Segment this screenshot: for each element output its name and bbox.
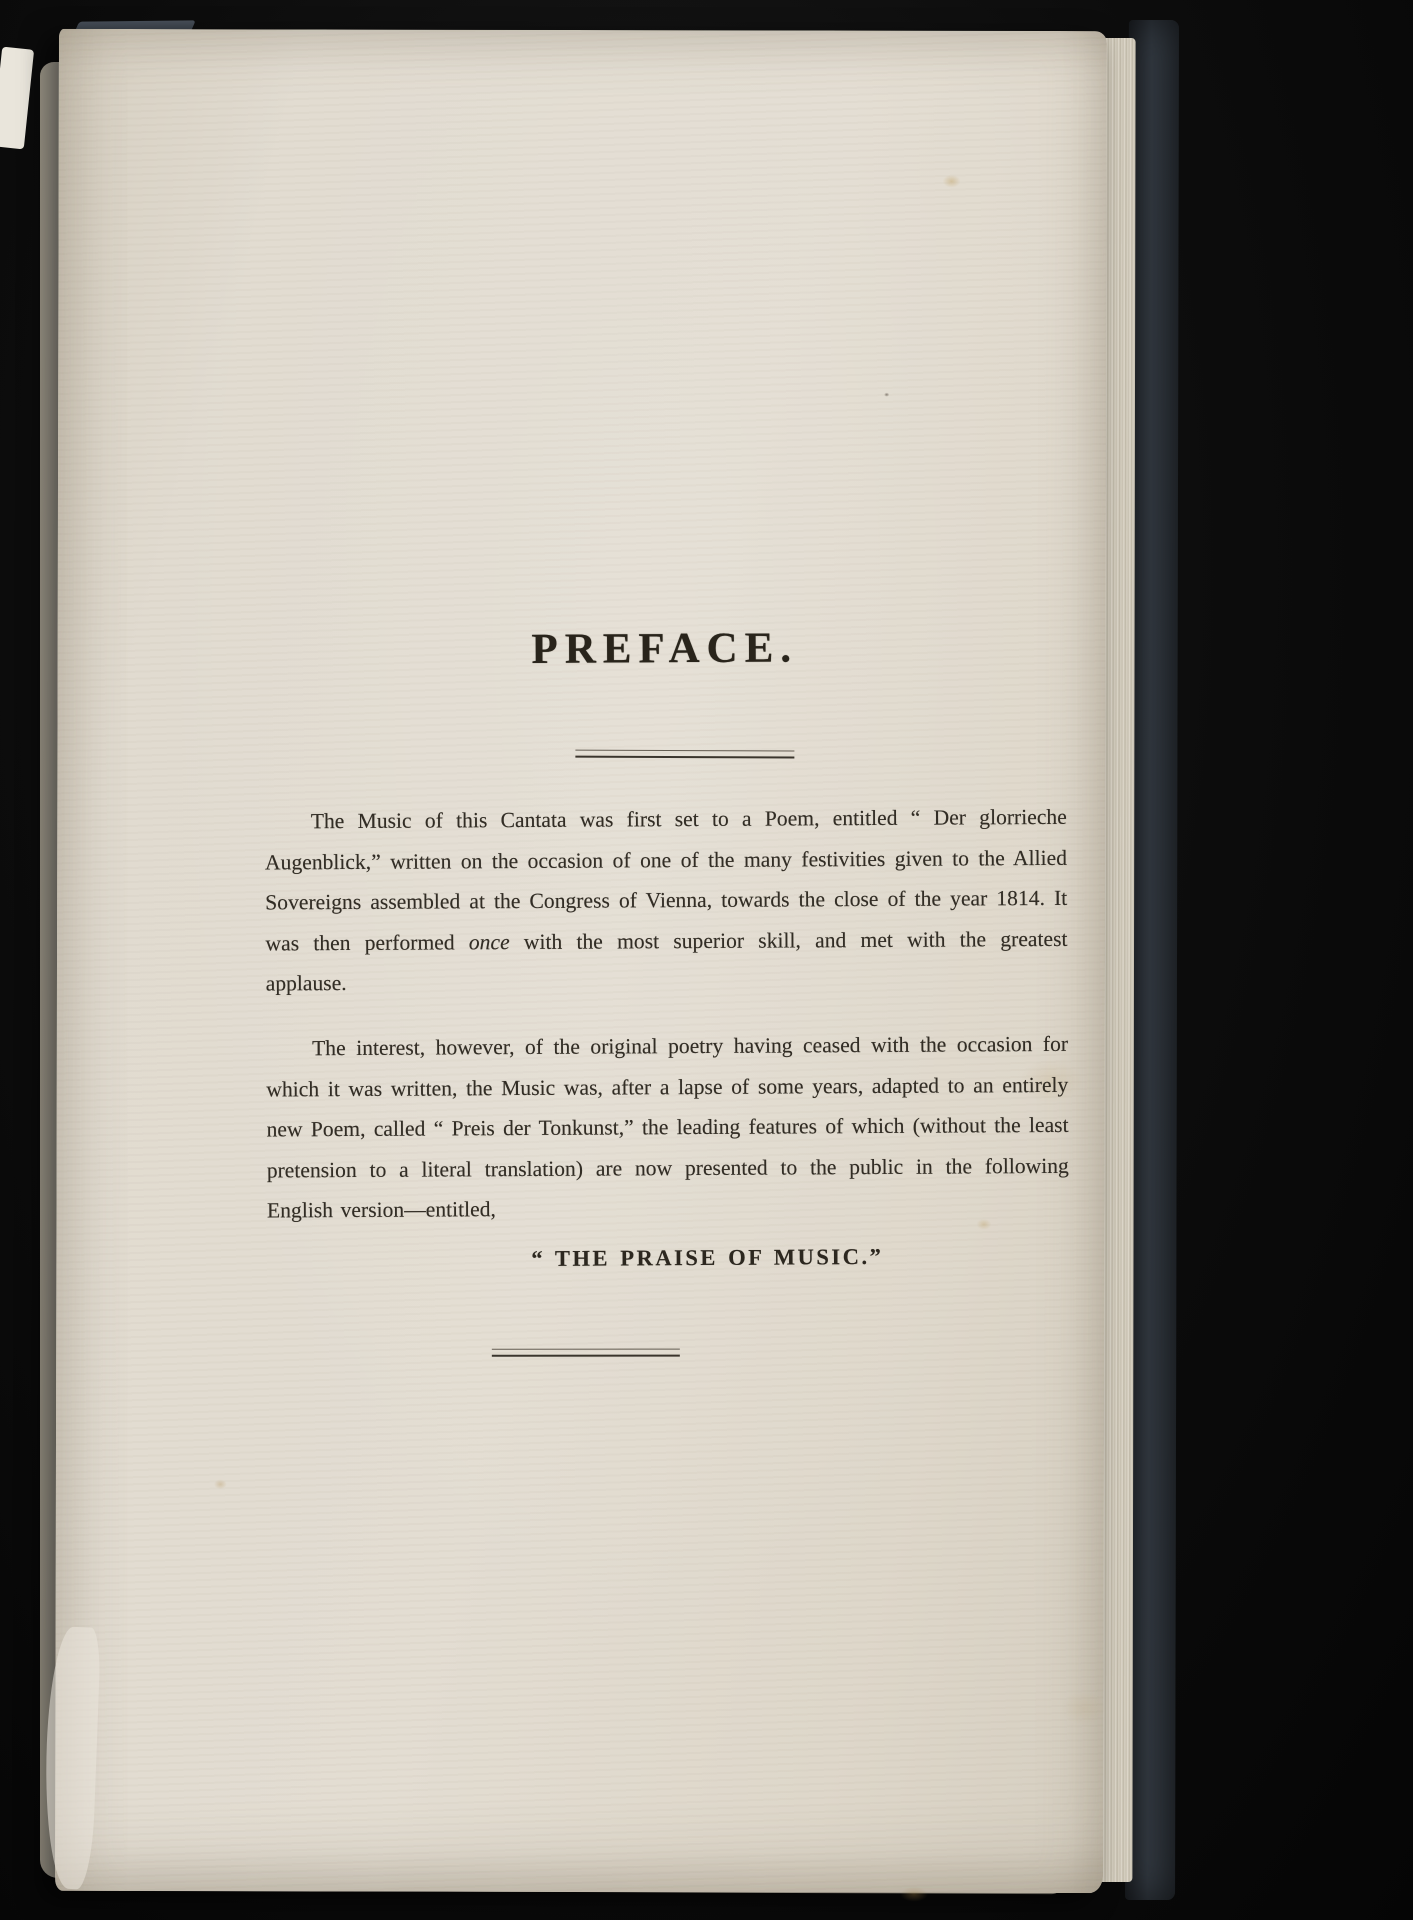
foxing-spot (214, 1479, 227, 1489)
paragraph-1-italic-word: once (469, 930, 510, 954)
preface-body: The Music of this Cantata was first set … (265, 797, 1070, 1281)
paragraph-1: The Music of this Cantata was first set … (265, 797, 1068, 1005)
work-title-line: “ THE PRAISE OF MUSIC.” (267, 1236, 1069, 1281)
page-sliver (0, 47, 34, 150)
paragraph-2: The interest, however, of the original p… (266, 1024, 1069, 1232)
closing-divider-rule (492, 1349, 680, 1357)
book-page: PREFACE. The Music of this Cantata was f… (55, 29, 1107, 1893)
book-photograph: PREFACE. The Music of this Cantata was f… (0, 0, 1413, 1920)
title-divider-rule (575, 750, 794, 758)
page-title: PREFACE. (264, 622, 1066, 676)
printed-text-block: PREFACE. The Music of this Cantata was f… (260, 28, 1073, 1895)
